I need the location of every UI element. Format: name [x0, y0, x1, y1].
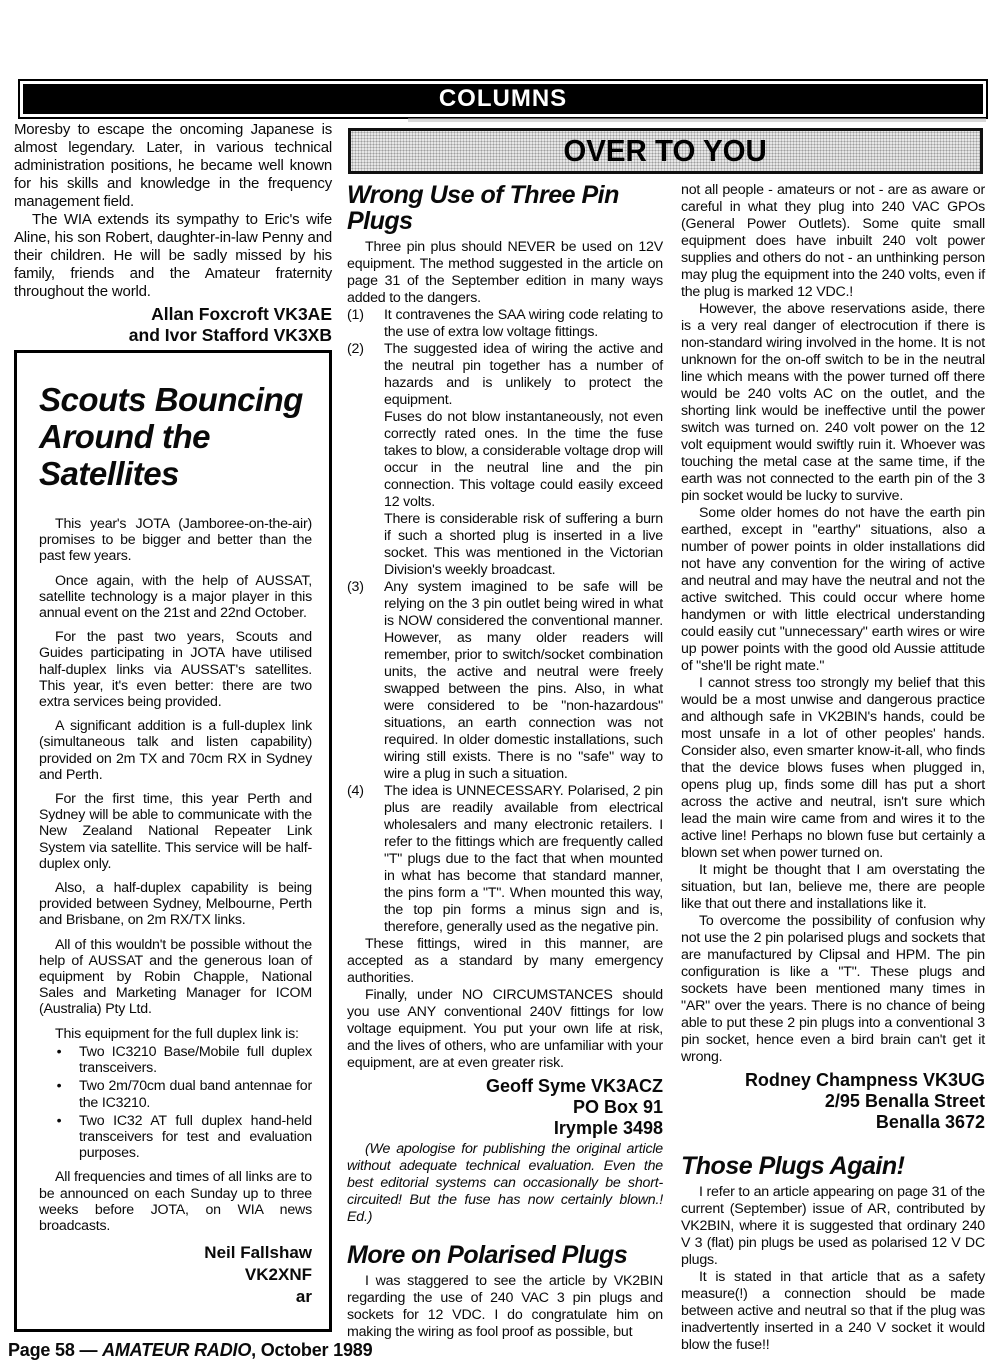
scan-artifact	[408, 118, 986, 122]
over-to-you-banner: OVER TO YOU	[348, 128, 983, 174]
article-paragraph: I refer to an article appearing on page …	[681, 1184, 985, 1269]
columns-header: COLUMNS	[18, 79, 988, 119]
equipment-item-text: Two IC3210 Base/Mobile full duplex trans…	[79, 1044, 312, 1076]
item-number: (1)	[347, 307, 384, 341]
article-paragraph: I cannot stress too strongly my belief t…	[681, 675, 985, 862]
signature-line: 2/95 Benalla Street	[681, 1091, 985, 1112]
scouts-signature: Neil Fallshaw VK2XNF ar	[39, 1242, 312, 1308]
bullet-icon: •	[39, 1113, 79, 1162]
numbered-item: (3) Any system imagined to be safe will …	[347, 579, 663, 783]
scouts-paragraph: Also, a half-duplex capability is being …	[39, 880, 312, 929]
wrong-use-signature: Geoff Syme VK3ACZ PO Box 91 Irymple 3498	[347, 1076, 663, 1139]
scouts-paragraph: For the first time, this year Perth and …	[39, 791, 312, 872]
footer-page-label: Page 58 —	[8, 1340, 102, 1360]
scouts-paragraph: All of this wouldn't be possible without…	[39, 937, 312, 1018]
item-paragraph: There is considerable risk of suffering …	[384, 511, 663, 579]
article-paragraph: Some older homes do not have the earth p…	[681, 505, 985, 675]
signature-line: Neil Fallshaw	[39, 1242, 312, 1264]
numbered-item: (1) It contravenes the SAA wiring code r…	[347, 307, 663, 341]
signature-line: and Ivor Stafford VK3XB	[14, 325, 332, 346]
article-paragraph: These fittings, wired in this manner, ar…	[347, 936, 663, 987]
columns-title: COLUMNS	[439, 85, 567, 113]
signature-line: Benalla 3672	[681, 1112, 985, 1133]
equipment-item-text: Two 2m/70cm dual band antennae for the I…	[79, 1078, 312, 1110]
article-paragraph: not all people - amateurs or not - are a…	[681, 182, 985, 301]
obituary-paragraph: Moresby to escape the oncoming Japanese …	[14, 121, 332, 211]
scouts-paragraph: Once again, with the help of AUSSAT, sat…	[39, 573, 312, 622]
item-paragraph: The suggested idea of wiring the active …	[384, 341, 663, 409]
item-text: It contravenes the SAA wiring code relat…	[384, 307, 663, 341]
article-title-those-plugs: Those Plugs Again!	[681, 1153, 985, 1179]
equipment-list-item: • Two IC3210 Base/Mobile full duplex tra…	[39, 1044, 312, 1076]
signature-line: PO Box 91	[347, 1097, 663, 1118]
article-paragraph: Finally, under NO CIRCUMSTANCES should y…	[347, 987, 663, 1072]
scouts-paragraph: All frequencies and times of all links a…	[39, 1169, 312, 1234]
magazine-page: COLUMNS Moresby to escape the oncoming J…	[0, 0, 1000, 1369]
item-paragraph: The idea is UNNECESSARY. Polarised, 2 pi…	[384, 783, 663, 936]
item-text: The idea is UNNECESSARY. Polarised, 2 pi…	[384, 783, 663, 936]
signature-line: Irymple 3498	[347, 1118, 663, 1139]
signature-line: Allan Foxcroft VK3AE	[14, 304, 332, 325]
editor-note: (We apologise for publishing the origina…	[347, 1141, 663, 1226]
item-paragraph: It contravenes the SAA wiring code relat…	[384, 307, 663, 341]
numbered-item: (4) The idea is UNNECESSARY. Polarised, …	[347, 783, 663, 936]
signature-line: ar	[39, 1286, 312, 1308]
article-paragraph: However, the above reservations aside, t…	[681, 301, 985, 505]
scouts-paragraph: This year's JOTA (Jamboree-on-the-air) p…	[39, 516, 312, 565]
item-text: Any system imagined to be safe will be r…	[384, 579, 663, 783]
article-paragraph: I was staggered to see the article by VK…	[347, 1273, 663, 1341]
over-to-you-title: OVER TO YOU	[564, 133, 767, 169]
item-paragraph: Any system imagined to be safe will be r…	[384, 579, 663, 783]
right-column: not all people - amateurs or not - are a…	[681, 182, 985, 1354]
equipment-list-item: • Two 2m/70cm dual band antennae for the…	[39, 1078, 312, 1110]
obituary-paragraph: The WIA extends its sympathy to Eric's w…	[14, 211, 332, 301]
article-title-more-polarised: More on Polarised Plugs	[347, 1242, 663, 1268]
equipment-item-text: Two IC32 AT full duplex hand-held transc…	[79, 1113, 312, 1162]
scouts-paragraph: A significant addition is a full-duplex …	[39, 718, 312, 783]
scouts-paragraph: For the past two years, Scouts and Guide…	[39, 629, 312, 710]
item-number: (4)	[347, 783, 384, 936]
obituary-signature: Allan Foxcroft VK3AE and Ivor Stafford V…	[14, 304, 332, 346]
equipment-list-item: • Two IC32 AT full duplex hand-held tran…	[39, 1113, 312, 1162]
signature-line: Rodney Champness VK3UG	[681, 1070, 985, 1091]
middle-column: Wrong Use of Three Pin Plugs Three pin p…	[347, 182, 663, 1341]
signature-line: Geoff Syme VK3ACZ	[347, 1076, 663, 1097]
continuation-signature: Rodney Champness VK3UG 2/95 Benalla Stre…	[681, 1070, 985, 1133]
article-paragraph: It might be thought that I am overstatin…	[681, 862, 985, 913]
signature-line: VK2XNF	[39, 1264, 312, 1286]
bullet-icon: •	[39, 1078, 79, 1110]
left-column: Moresby to escape the oncoming Japanese …	[14, 121, 332, 346]
page-footer: Page 58 — AMATEUR RADIO, October 1989	[8, 1340, 372, 1361]
item-number: (2)	[347, 341, 384, 579]
footer-magazine-name: AMATEUR RADIO	[102, 1340, 251, 1360]
item-text: The suggested idea of wiring the active …	[384, 341, 663, 579]
article-title-wrong-use: Wrong Use of Three Pin Plugs	[347, 182, 663, 234]
scouts-article-box: Scouts Bouncing Around the Satellites Th…	[14, 350, 332, 1332]
article-paragraph: To overcome the possibility of confusion…	[681, 913, 985, 1066]
equipment-list-intro: This equipment for the full duplex link …	[39, 1026, 312, 1042]
numbered-item: (2) The suggested idea of wiring the act…	[347, 341, 663, 579]
bullet-icon: •	[39, 1044, 79, 1076]
article-paragraph: Three pin plus should NEVER be used on 1…	[347, 239, 663, 307]
item-number: (3)	[347, 579, 384, 783]
article-paragraph: It is stated in that article that as a s…	[681, 1269, 985, 1354]
item-paragraph: Fuses do not blow instantaneously, not e…	[384, 409, 663, 511]
scouts-article-title: Scouts Bouncing Around the Satellites	[39, 381, 312, 492]
columns-header-bar: COLUMNS	[23, 84, 983, 114]
footer-issue-date: , October 1989	[251, 1340, 372, 1360]
